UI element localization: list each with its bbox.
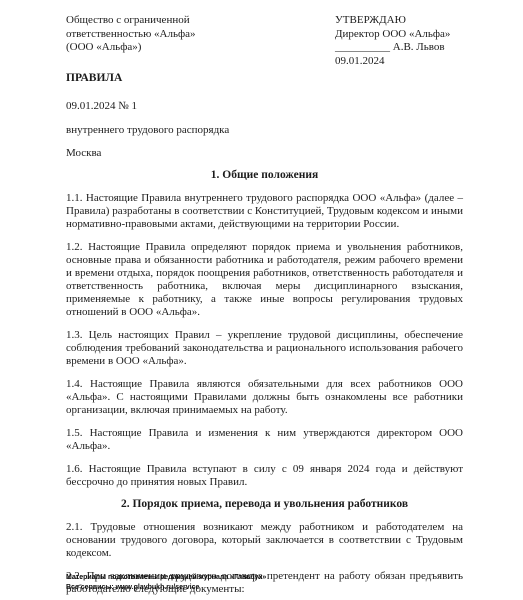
section-1-heading: 1. Общие положения [66,169,463,182]
document-date-number: 09.01.2024 № 1 [66,100,463,113]
org-name-line: Общество с ограниченной [66,14,196,28]
document-title: ПРАВИЛА [66,72,463,85]
document-subtitle: внутреннего трудового распорядка [66,124,463,137]
paragraph-1-5: 1.5. Настоящие Правила и изменения к ним… [66,427,463,453]
page-footer: Материалы подготовлены редакцией журнала… [66,573,266,592]
org-short-name: (ООО «Альфа») [66,41,196,55]
approver-title: Директор ООО «Альфа» [335,28,463,42]
approval-block: УТВЕРЖДАЮ Директор ООО «Альфа» _________… [335,14,463,68]
paragraph-1-2: 1.2. Настоящие Правила определяют порядо… [66,241,463,319]
document-city: Москва [66,147,463,160]
signature-line: __________ А.В. Львов [335,41,463,55]
paragraph-1-4: 1.4. Настоящие Правила являются обязател… [66,378,463,417]
document-header: Общество с ограниченной ответственностью… [66,14,463,68]
org-name-line: ответственностью «Альфа» [66,28,196,42]
approval-stamp-label: УТВЕРЖДАЮ [335,14,463,28]
approval-date: 09.01.2024 [335,55,463,69]
section-2-heading: 2. Порядок приема, перевода и увольнения… [66,498,463,511]
paragraph-1-3: 1.3. Цель настоящих Правил – укрепление … [66,329,463,368]
paragraph-1-1: 1.1. Настоящие Правила внутреннего трудо… [66,192,463,231]
footer-credits: Материалы подготовлены редакцией журнала… [66,573,266,583]
paragraph-1-6: 1.6. Настоящие Правила вступают в силу с… [66,463,463,489]
footer-services-url: Все сервисы: www.glavbukh.ru/service [66,583,266,593]
paragraph-2-1: 2.1. Трудовые отношения возникают между … [66,521,463,560]
document-page: Общество с ограниченной ответственностью… [0,0,523,600]
organization-block: Общество с ограниченной ответственностью… [66,14,196,68]
